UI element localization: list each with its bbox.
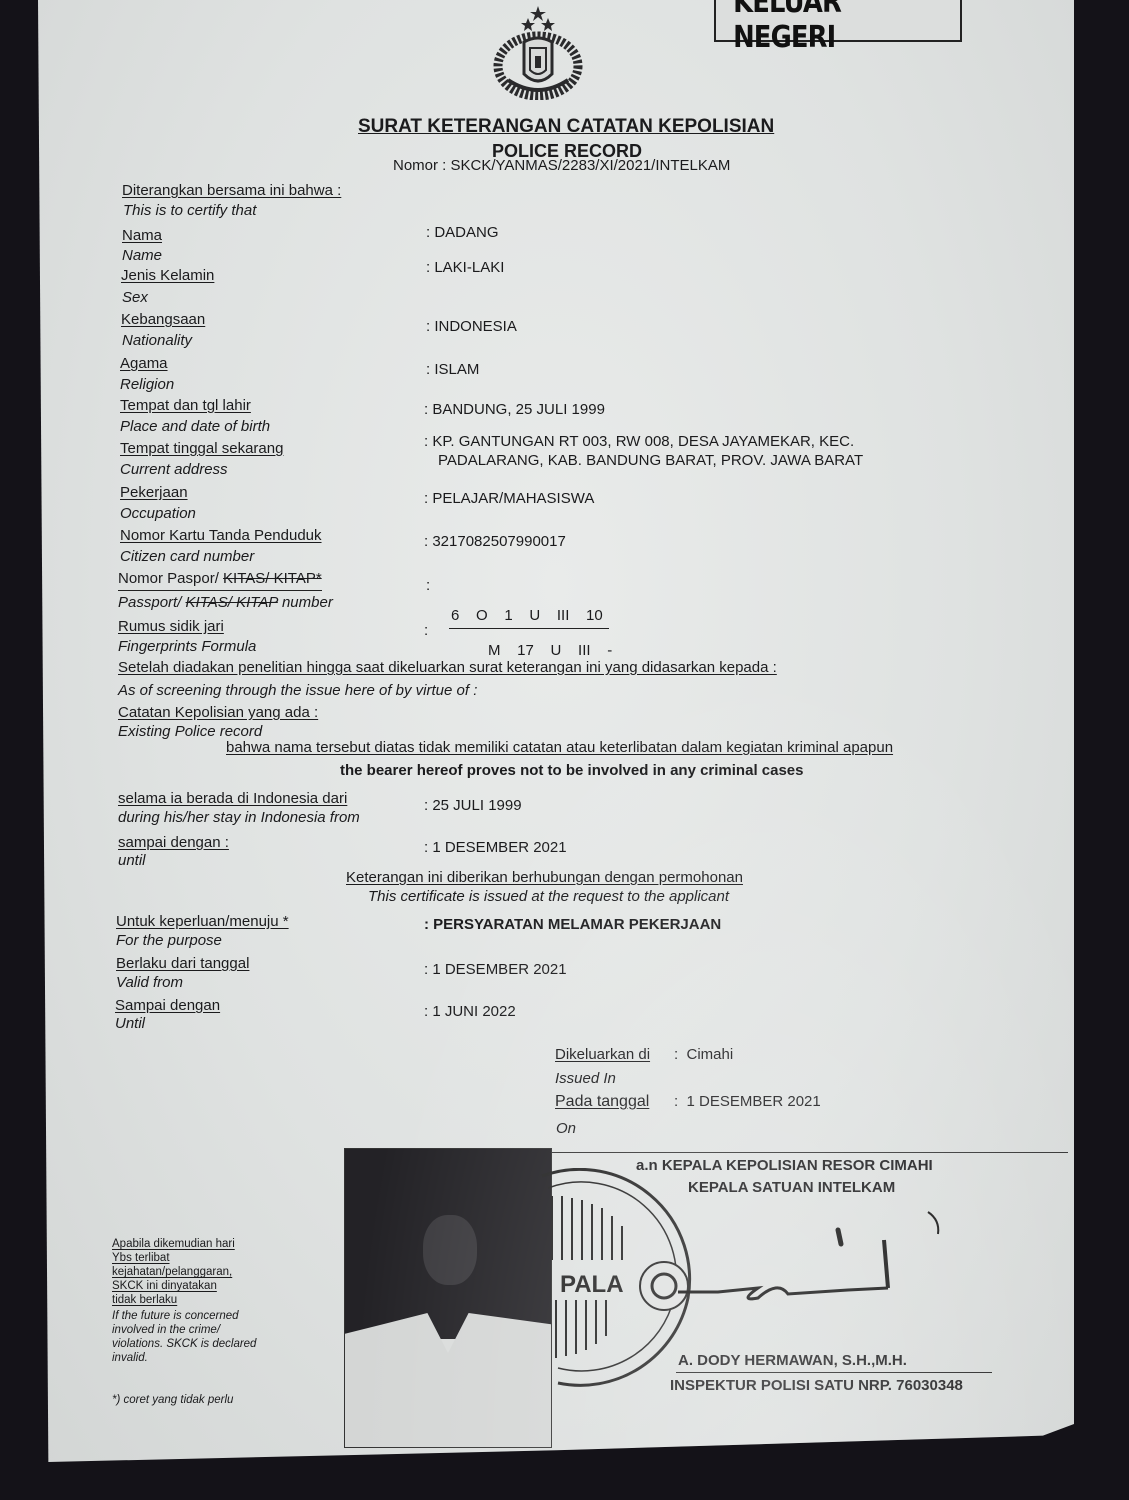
field-label-birth: Tempat dan tgl lahir <box>120 397 251 414</box>
intro-en: This is to certify that <box>123 202 256 219</box>
field-value-religion: : ISLAM <box>426 361 479 378</box>
field-label-address-en: Current address <box>120 461 228 478</box>
stay-until-value: : 1 DESEMBER 2021 <box>424 839 567 856</box>
field-label-nationality: Kebangsaan <box>121 311 205 328</box>
field-label-passport: Nomor Paspor/ KITAS/ KITAP* <box>118 570 322 591</box>
field-label-passport-en: Passport/ KITAS/ KITAP number <box>118 594 333 611</box>
field-label-name: Nama <box>122 227 162 244</box>
record-statement-id: bahwa nama tersebut diatas tidak memilik… <box>226 739 893 756</box>
stay-from-label-en: during his/her stay in Indonesia from <box>118 809 360 826</box>
field-label-occupation-en: Occupation <box>120 505 196 522</box>
stay-until-label-en: until <box>118 852 146 869</box>
field-label-sex-en: Sex <box>122 289 148 306</box>
fingerprint-formula-bottom: M 17 U III - <box>488 642 612 659</box>
field-label-address: Tempat tinggal sekarang <box>120 440 283 457</box>
field-label-birth-en: Place and date of birth <box>120 418 270 435</box>
stay-from-value: : 25 JULI 1999 <box>424 797 522 814</box>
issued-on-value: : 1 DESEMBER 2021 <box>674 1093 821 1110</box>
intro-id: Diterangkan bersama ini bahwa : <box>122 182 341 199</box>
request-id: Keterangan ini diberikan berhubungan den… <box>346 869 743 886</box>
document-number: Nomor : SKCK/YANMAS/2283/XI/2021/INTELKA… <box>393 157 730 174</box>
valid-until-label: Sampai dengan <box>115 997 220 1014</box>
field-value-sex: : LAKI-LAKI <box>426 259 504 276</box>
validity-note-en: If the future is concerned involved in t… <box>112 1309 256 1365</box>
issued-on-label: Pada tanggal <box>555 1093 649 1111</box>
request-en: This certificate is issued at the reques… <box>368 888 729 905</box>
purpose-value: : PERSYARATAN MELAMAR PEKERJAAN <box>424 916 721 933</box>
screening-en: As of screening through the issue here o… <box>118 682 477 699</box>
signatory-title-2: KEPALA SATUAN INTELKAM <box>688 1179 895 1196</box>
stay-from-label: selama ia berada di Indonesia dari <box>118 790 347 807</box>
field-value-passport: : <box>426 577 430 594</box>
valid-from-label: Berlaku dari tanggal <box>116 955 249 972</box>
field-label-occupation: Pekerjaan <box>120 484 188 501</box>
signature-divider <box>552 1152 1068 1153</box>
field-value-nationality: : INDONESIA <box>426 318 517 335</box>
field-value-address: : KP. GANTUNGAN RT 003, RW 008, DESA JAY… <box>424 433 854 450</box>
field-value-name: : DADANG <box>426 224 499 241</box>
keluar-negeri-stamp: KELUAR NEGERI <box>714 0 962 42</box>
name-underline <box>676 1372 992 1373</box>
field-label-nationality-en: Nationality <box>122 332 192 349</box>
valid-until-value: : 1 JUNI 2022 <box>424 1003 516 1020</box>
document-title: SURAT KETERANGAN CATATAN KEPOLISIAN <box>358 116 774 138</box>
stay-until-label: sampai dengan : <box>118 834 229 851</box>
svg-text:PALA: PALA <box>560 1271 624 1298</box>
field-label-fingerprint-en: Fingerprints Formula <box>118 638 256 655</box>
valid-from-label-en: Valid from <box>116 974 183 991</box>
issued-in-value: : Cimahi <box>674 1046 733 1063</box>
field-value-id-card: : 3217082507990017 <box>424 533 566 550</box>
field-label-id-card: Nomor Kartu Tanda Penduduk <box>120 527 322 544</box>
field-label-religion-en: Religion <box>120 376 174 393</box>
signatory-rank: INSPEKTUR POLISI SATU NRP. 76030348 <box>670 1377 963 1394</box>
field-value-occupation: : PELAJAR/MAHASISWA <box>424 490 594 507</box>
police-emblem-icon <box>488 4 588 100</box>
issued-in-label-en: Issued In <box>555 1070 616 1087</box>
fingerprint-colon: : <box>424 622 428 639</box>
field-value-birth: : BANDUNG, 25 JULI 1999 <box>424 401 605 418</box>
validity-note-id: Apabila dikemudian hari Ybs terlibat kej… <box>112 1237 235 1307</box>
field-label-sex: Jenis Kelamin <box>121 267 214 284</box>
valid-until-label-en: Until <box>115 1015 145 1032</box>
record-label-en: Existing Police record <box>118 723 262 740</box>
footnote: *) coret yang tidak perlu <box>112 1393 233 1407</box>
record-statement-en: the bearer hereof proves not to be invol… <box>340 762 803 779</box>
field-label-religion: Agama <box>120 355 168 372</box>
signature-icon <box>678 1200 978 1320</box>
signatory-name: A. DODY HERMAWAN, S.H.,M.H. <box>678 1352 907 1369</box>
fingerprint-formula-top: 6 O 1 U III 10 <box>449 607 609 629</box>
field-label-id-card-en: Citizen card number <box>120 548 254 565</box>
issued-in-label: Dikeluarkan di <box>555 1046 650 1063</box>
stamp-label: KELUAR NEGERI <box>733 0 943 55</box>
field-value-address-line2: PADALARANG, KAB. BANDUNG BARAT, PROV. JA… <box>438 452 863 469</box>
field-label-fingerprint: Rumus sidik jari <box>118 618 224 635</box>
applicant-photo <box>344 1148 552 1448</box>
issued-on-label-en: On <box>556 1120 576 1137</box>
valid-from-value: : 1 DESEMBER 2021 <box>424 961 567 978</box>
field-label-name-en: Name <box>122 247 162 264</box>
purpose-label-en: For the purpose <box>116 932 222 949</box>
police-record-document: KELUAR NEGERI SURAT KETERANGAN CATATAN K… <box>38 0 1074 1462</box>
purpose-label: Untuk keperluan/menuju * <box>116 913 289 930</box>
screening-id: Setelah diadakan penelitian hingga saat … <box>118 659 777 676</box>
record-label-id: Catatan Kepolisian yang ada : <box>118 704 318 721</box>
